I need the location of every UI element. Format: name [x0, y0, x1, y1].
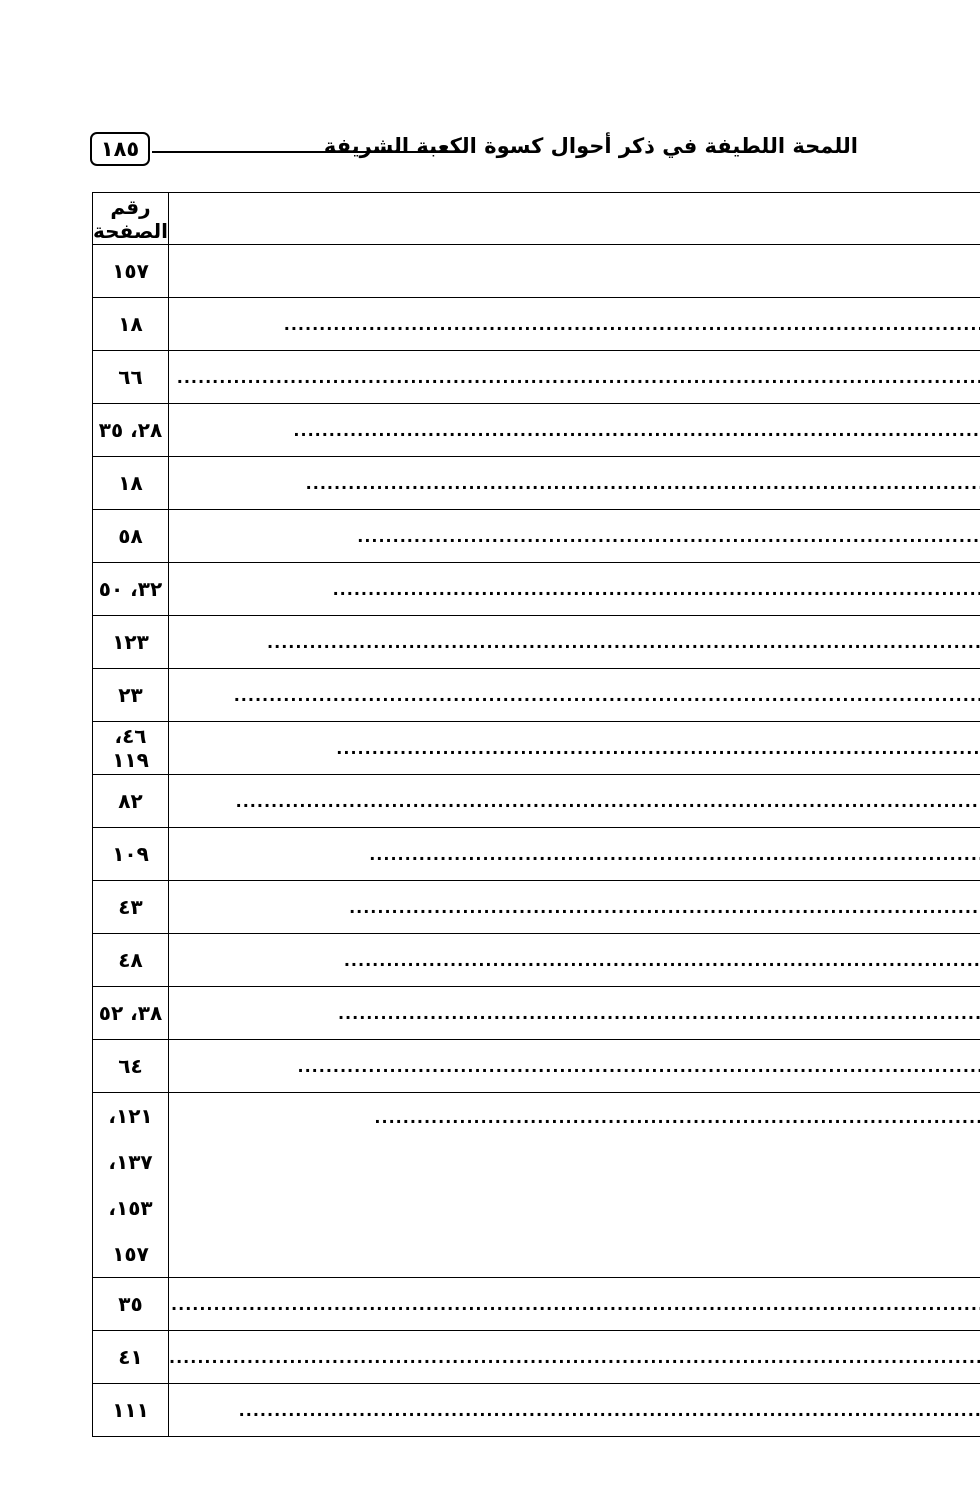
entry-pages: ١٨: [93, 457, 169, 510]
dot-leader: [169, 1108, 980, 1127]
header-rule: [152, 151, 466, 153]
entry-name: - صلاح الدين البلبيسي: [169, 669, 980, 722]
entry-name: - الطحاوي: [169, 881, 980, 934]
dot-leader: [169, 315, 980, 334]
table-row: - أبو طوالة ٤٨: [93, 934, 980, 987]
dot-leader: [169, 1004, 980, 1023]
dot-leader: [169, 1348, 980, 1367]
entry-name: - الطيالسي: [169, 987, 980, 1040]
entry-pages: ١١١: [93, 1384, 169, 1437]
table-row: - عاصم بن عبد الله القريوني ٤١: [93, 1331, 980, 1384]
table-row: - الصفدي ٥٨: [93, 510, 980, 563]
entry-pages: ١٨: [93, 298, 169, 351]
entry-name: - ابن الضياء: [169, 722, 980, 775]
dot-leader: [169, 527, 980, 546]
table-row: - طاوس ١٠٩: [93, 828, 980, 881]
entry-name: - أبو طوالة: [169, 934, 980, 987]
table-row: ١٥٧: [93, 245, 980, 298]
dot-leader: [169, 951, 980, 970]
entry-name: - أبو طاهر بن سليمان: [169, 775, 980, 828]
entry-name: - عاصم بن أبي النجود: [169, 1384, 980, 1437]
table-row: - عاصم بن أبي النجود ١١١: [93, 1384, 980, 1437]
table-row: - عائشة ١٢١، ١٣٧، ١٥٣، ١٥٧: [93, 1093, 980, 1278]
entry-name: - صالح بن مختار: [169, 404, 980, 457]
entry-pages-line: ١٥٣، ١٥٧: [93, 1185, 168, 1277]
entry-pages: ٣٢، ٥٠: [93, 563, 169, 616]
table-row: - عائشة ابنة المسلم الحرانية ٣٥: [93, 1278, 980, 1331]
book-title: اللمحة اللطيفة في ذكر أحوال كسوة الكعبة …: [324, 134, 858, 158]
entry-pages: ١٥٧: [93, 245, 169, 298]
entry-name: - شيخون (الأمير): [169, 298, 980, 351]
running-header: اللمحة اللطيفة في ذكر أحوال كسوة الكعبة …: [90, 130, 858, 172]
dot-leader: [169, 368, 980, 387]
column-header-name: [169, 193, 980, 245]
dot-leader: [169, 686, 980, 705]
table-row: - الظاهر برقوق ٦٤: [93, 1040, 980, 1093]
dot-leader: [169, 633, 980, 652]
column-header-pages: رقم الصفحة: [93, 193, 169, 245]
table-header-row: رقم الصفحة: [93, 193, 980, 245]
entry-pages: ٣٥: [93, 1278, 169, 1331]
entry-name: - ابن الصلاح: [169, 563, 980, 616]
entry-pages: ٤٨: [93, 934, 169, 987]
table-row: - الطحاوي ٤٣: [93, 881, 980, 934]
dot-leader: [169, 739, 980, 758]
entry-pages: ١٢١، ١٣٧، ١٥٣، ١٥٧: [93, 1093, 169, 1278]
entry-name: - صالح المناوي: [169, 457, 980, 510]
table-row: - ابن الصلاح ٣٢، ٥٠: [93, 563, 980, 616]
dot-leader: [169, 845, 980, 864]
entry-pages: ٥٨: [93, 510, 169, 563]
entry-pages-line: ١٢١، ١٣٧،: [93, 1093, 168, 1185]
entry-name: صلاح الدين الأيوبي: [169, 616, 980, 669]
entry-name: - الصالح إسماعيل بن الناصر: [169, 351, 980, 404]
entry-name: - الظاهر برقوق: [169, 1040, 980, 1093]
table-row: - صلاح الدين البلبيسي ٢٣: [93, 669, 980, 722]
entry-pages: ٦٤: [93, 1040, 169, 1093]
table-row: - أبو طاهر بن سليمان ٨٢: [93, 775, 980, 828]
entry-pages: ٤٣: [93, 881, 169, 934]
entry-name: - عاصم بن عبد الله القريوني: [169, 1331, 980, 1384]
table-row: - ابن الضياء ٤٦، ١١٩: [93, 722, 980, 775]
entry-pages: ٨٢: [93, 775, 169, 828]
entry-pages: ٢٨، ٣٥: [93, 404, 169, 457]
dot-leader: [169, 898, 980, 917]
dot-leader: [169, 1401, 980, 1420]
entry-name: [169, 245, 980, 298]
dot-leader: [169, 792, 980, 811]
dot-leader: [169, 1057, 980, 1076]
index-table: رقم الصفحة ١٥٧ - شيخون (الأمير) ١٨ - الص…: [92, 192, 980, 1437]
table-row: - شيخون (الأمير) ١٨: [93, 298, 980, 351]
table-row: - صالح بن مختار ٢٨، ٣٥: [93, 404, 980, 457]
table-row: صلاح الدين الأيوبي ١٢٣: [93, 616, 980, 669]
entry-pages: ٤٦، ١١٩: [93, 722, 169, 775]
dot-leader: [169, 580, 980, 599]
dot-leader: [169, 474, 980, 493]
entry-pages: ٢٣: [93, 669, 169, 722]
entry-pages: ٦٦: [93, 351, 169, 404]
dot-leader: [169, 1295, 980, 1314]
table-row: - صالح المناوي ١٨: [93, 457, 980, 510]
dot-leader: [169, 421, 980, 440]
entry-name: - عائشة: [169, 1093, 980, 1278]
entry-pages: ٣٨، ٥٢: [93, 987, 169, 1040]
page-number: ١٨٥: [90, 132, 150, 166]
entry-name: - عائشة ابنة المسلم الحرانية: [169, 1278, 980, 1331]
table-row: - الطيالسي ٣٨، ٥٢: [93, 987, 980, 1040]
entry-name: - طاوس: [169, 828, 980, 881]
entry-pages: ١٢٣: [93, 616, 169, 669]
entry-pages: ١٠٩: [93, 828, 169, 881]
table-row: - الصالح إسماعيل بن الناصر ٦٦: [93, 351, 980, 404]
entry-pages: ٤١: [93, 1331, 169, 1384]
entry-name: - الصفدي: [169, 510, 980, 563]
